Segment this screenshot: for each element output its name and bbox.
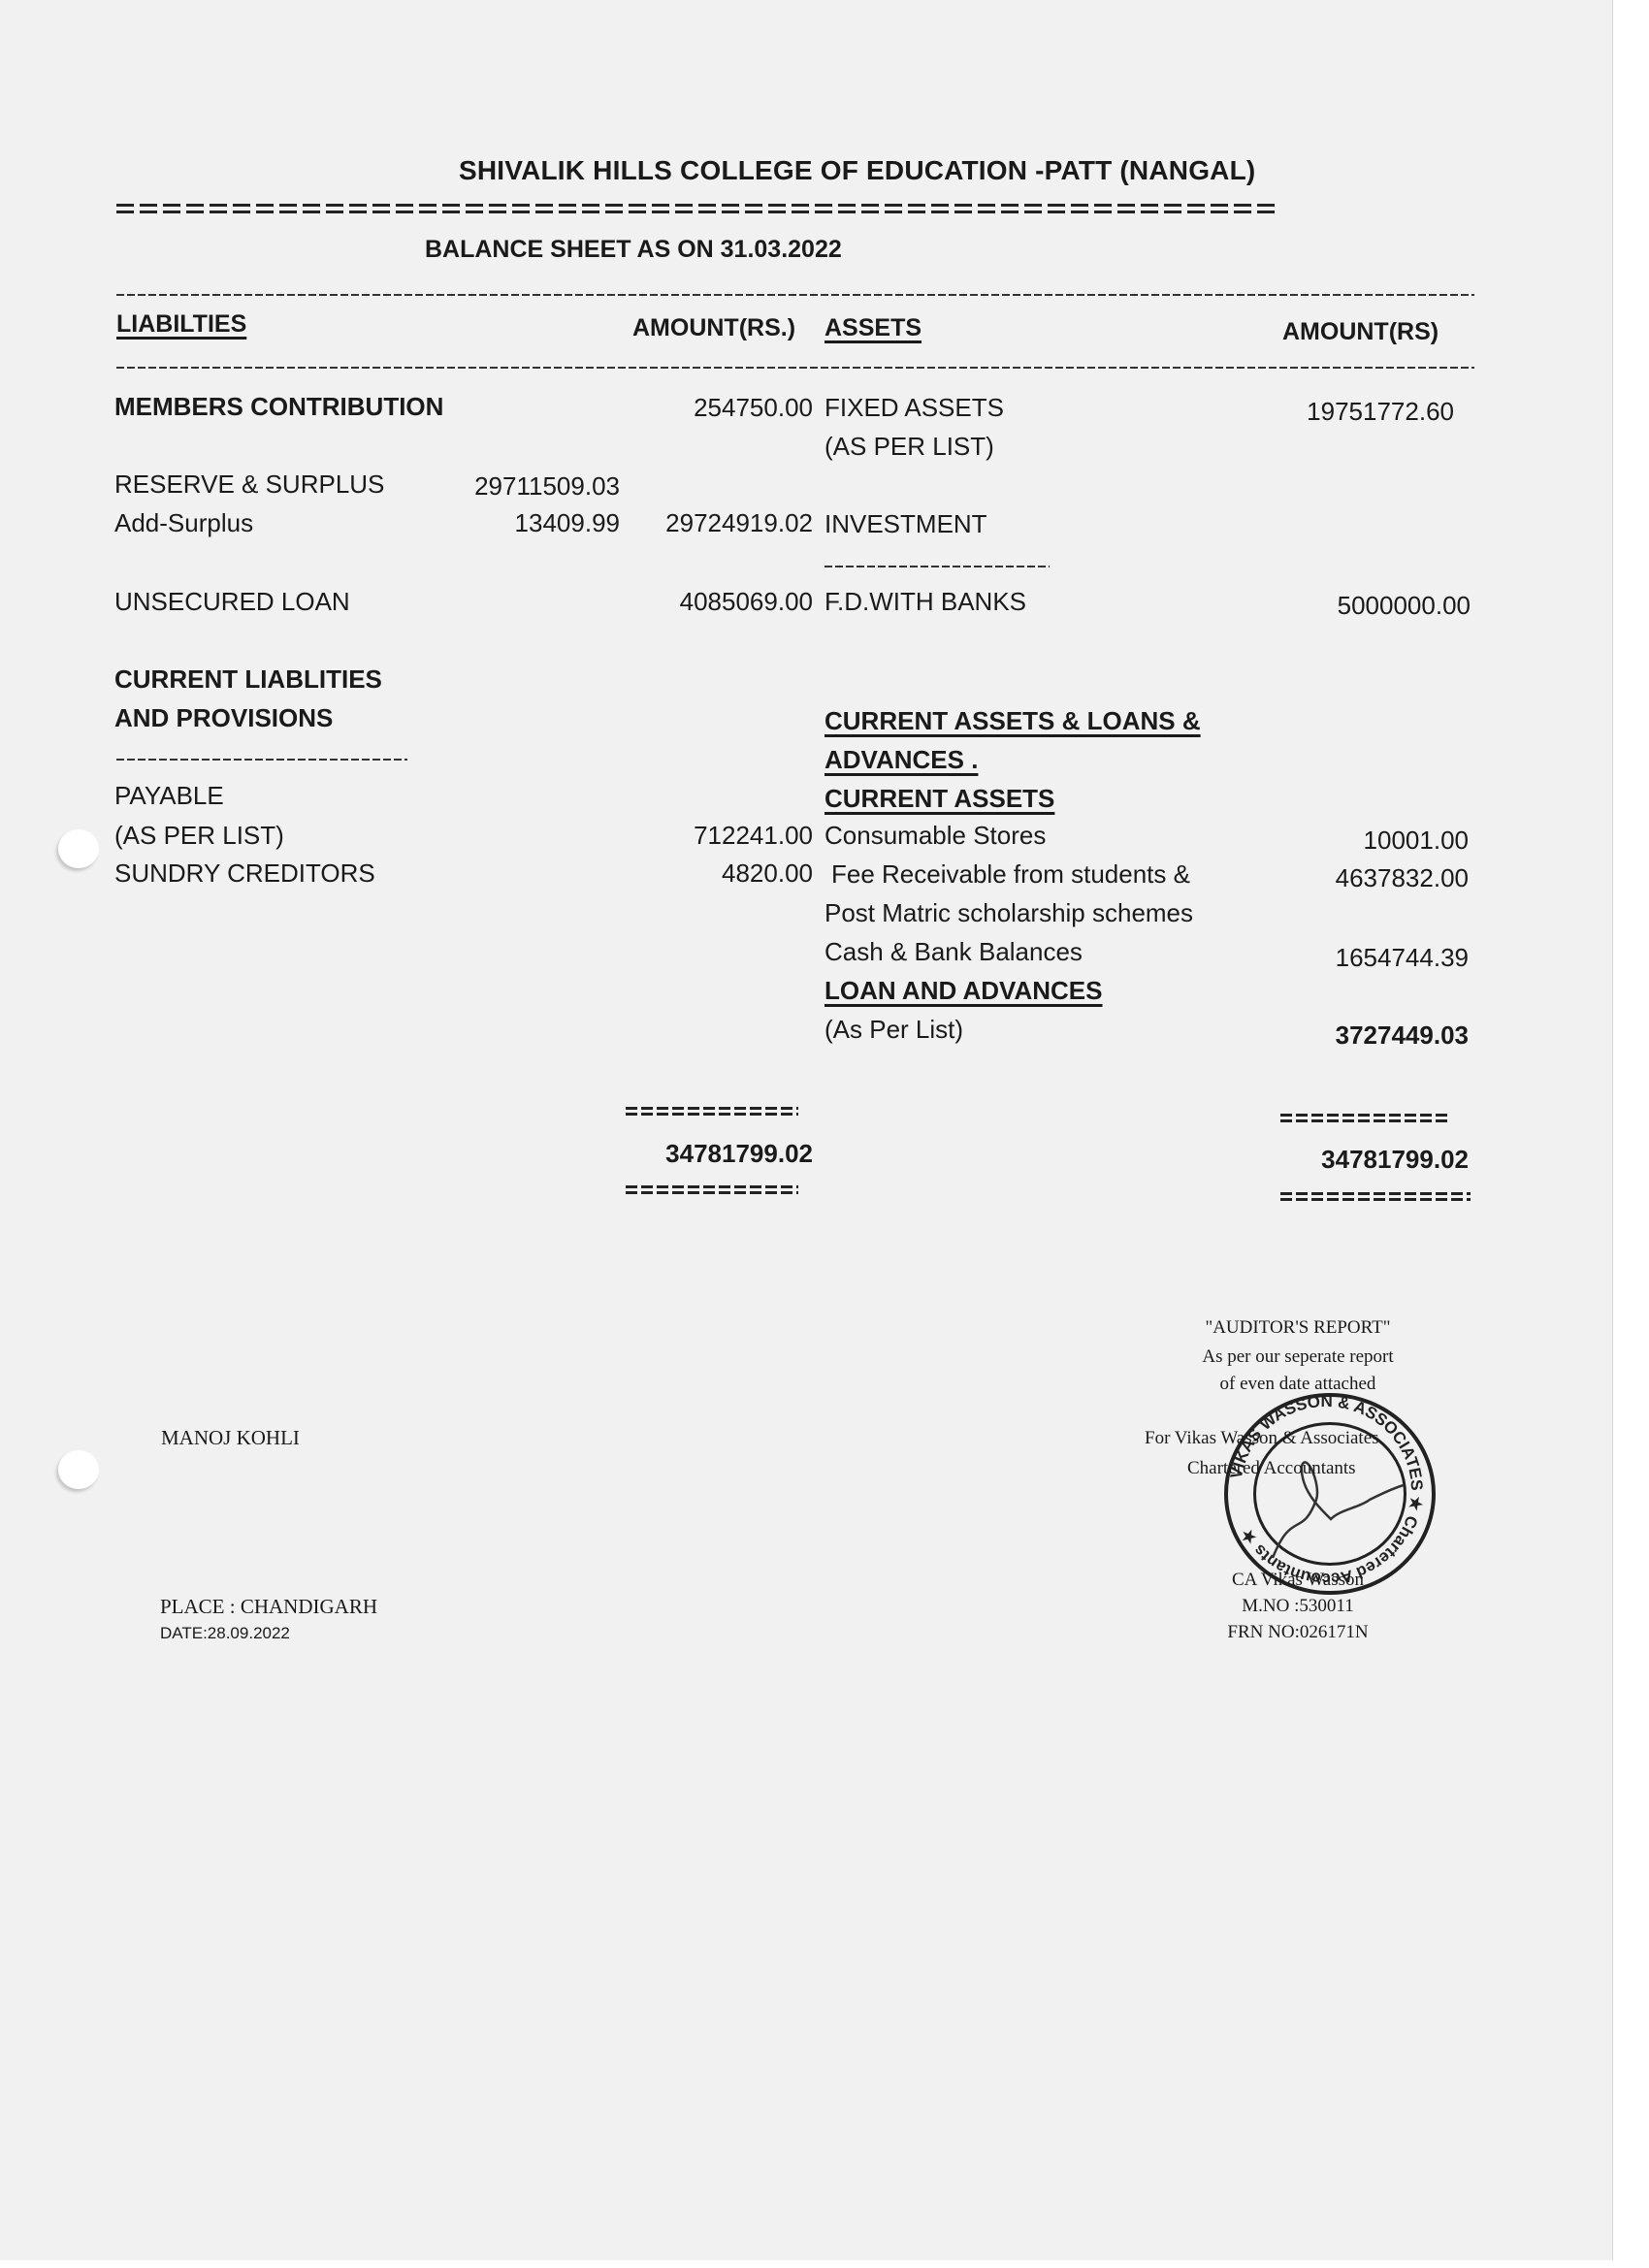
add-surplus-label: Add-Surplus — [114, 508, 253, 538]
current-liabilities-rule — [116, 759, 407, 761]
assets-amount-header: AMOUNT(RS) — [1282, 318, 1439, 346]
cash-bank-label: Cash & Bank Balances — [824, 937, 1083, 967]
fee-receivable-amount: 4637832.00 — [1336, 863, 1469, 893]
auditor-signatory: CA Vikas Wasson — [1152, 1570, 1443, 1591]
liabilities-total-rule-top — [626, 1107, 798, 1116]
svg-text:VIKAS WASSON & ASSOCIATES ★ Ch: VIKAS WASSON & ASSOCIATES ★ Chartered Ac… — [1227, 1393, 1426, 1587]
auditor-designation: Chartered Accountants — [1187, 1458, 1356, 1479]
header-bottom-rule — [116, 367, 1474, 369]
fee-receivable-label-2: Post Matric scholarship schemes — [824, 898, 1193, 928]
liabilities-total-rule-bottom — [626, 1185, 798, 1194]
reserve-surplus-subamount: 29711509.03 — [474, 471, 620, 502]
auditor-frn: FRN NO:026171N — [1152, 1622, 1443, 1643]
payable-amount: 712241.00 — [694, 821, 813, 851]
fd-with-banks-amount: 5000000.00 — [1338, 591, 1471, 621]
assets-total-rule-top — [1280, 1114, 1451, 1122]
assets-total: 34781799.02 — [1321, 1145, 1469, 1175]
loans-advances-label: (As Per List) — [824, 1015, 963, 1045]
reserve-surplus-total: 29724919.02 — [665, 508, 813, 538]
document-title: BALANCE SHEET AS ON 31.03.2022 — [425, 236, 842, 264]
members-contribution-label: MEMBERS CONTRIBUTION — [114, 392, 443, 422]
title-double-rule — [116, 204, 1280, 213]
loans-advances-amount: 3727449.03 — [1336, 1021, 1469, 1051]
sundry-creditors-amount: 4820.00 — [722, 859, 813, 889]
punch-hole-bottom — [58, 1450, 99, 1489]
date: DATE:28.09.2022 — [160, 1624, 290, 1643]
current-assets-subheading: CURRENT ASSETS — [824, 784, 1054, 814]
place: PLACE : CHANDIGARH — [160, 1595, 377, 1619]
punch-hole-top — [58, 829, 99, 868]
loans-advances-heading: LOAN AND ADVANCES — [824, 976, 1102, 1006]
auditor-report-line-2: of even date attached — [1152, 1374, 1443, 1395]
auditor-report-line-1: As per our seperate report — [1152, 1346, 1443, 1368]
current-liabilities-heading-1: CURRENT LIABLITIES — [114, 664, 382, 695]
liabilities-total: 34781799.02 — [665, 1139, 813, 1169]
header-top-rule — [116, 294, 1474, 296]
payable-label: PAYABLE — [114, 781, 224, 811]
fd-with-banks-label: F.D.WITH BANKS — [824, 587, 1026, 617]
fixed-assets-sublabel: (AS PER LIST) — [824, 432, 994, 462]
fixed-assets-label: FIXED ASSETS — [824, 393, 1004, 423]
unsecured-loan-label: UNSECURED LOAN — [114, 587, 350, 617]
assets-total-rule-bottom — [1280, 1192, 1471, 1201]
signatory-name: MANOJ KOHLI — [161, 1426, 300, 1450]
auditor-seal-text-icon: VIKAS WASSON & ASSOCIATES ★ Chartered Ac… — [1224, 1393, 1428, 1587]
current-liabilities-heading-2: AND PROVISIONS — [114, 703, 333, 733]
liabilities-header: LIABILTIES — [116, 310, 246, 339]
auditor-membership-no: M.NO :530011 — [1152, 1596, 1443, 1617]
investment-label: INVESTMENT — [824, 509, 987, 539]
sundry-creditors-label: SUNDRY CREDITORS — [114, 859, 375, 889]
investment-rule — [824, 566, 1050, 567]
auditor-seal-stamp: VIKAS WASSON & ASSOCIATES ★ Chartered Ac… — [1224, 1393, 1436, 1595]
consumable-stores-amount: 10001.00 — [1364, 826, 1469, 856]
fixed-assets-amount: 19751772.60 — [1307, 397, 1454, 427]
auditor-firm: For Vikas Wasson & Associates — [1145, 1428, 1379, 1449]
assets-header: ASSETS — [824, 314, 921, 342]
consumable-stores-label: Consumable Stores — [824, 821, 1046, 851]
current-assets-heading-1: CURRENT ASSETS & LOANS & — [824, 706, 1201, 736]
liabilities-amount-header: AMOUNT(RS.) — [632, 314, 795, 342]
unsecured-loan-amount: 4085069.00 — [680, 587, 813, 617]
members-contribution-amount: 254750.00 — [694, 393, 813, 423]
cash-bank-amount: 1654744.39 — [1336, 943, 1469, 973]
as-per-list-label: (AS PER LIST) — [114, 821, 284, 851]
auditor-report-heading: "AUDITOR'S REPORT" — [1152, 1317, 1443, 1339]
add-surplus-subamount: 13409.99 — [515, 508, 620, 538]
reserve-surplus-label: RESERVE & SURPLUS — [114, 470, 384, 500]
fee-receivable-label-1: Fee Receivable from students & — [831, 859, 1190, 890]
institution-name: SHIVALIK HILLS COLLEGE OF EDUCATION -PAT… — [459, 155, 1255, 186]
current-assets-heading-2: ADVANCES . — [824, 745, 978, 775]
